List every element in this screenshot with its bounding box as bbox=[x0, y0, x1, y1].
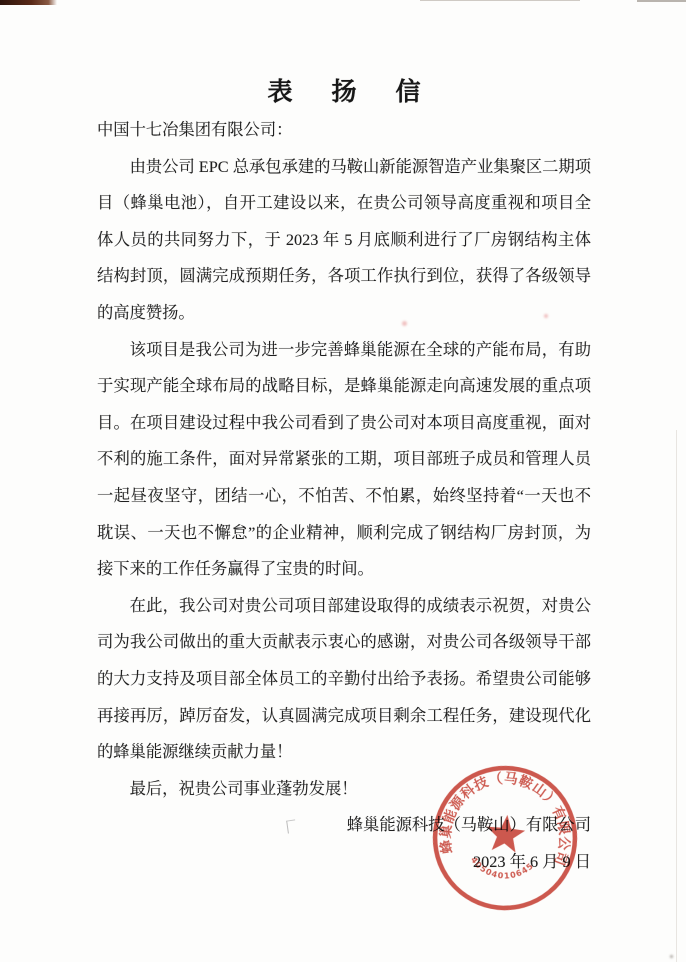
scan-edge-shadow bbox=[676, 430, 677, 962]
scan-edge-line bbox=[420, 0, 580, 1]
letter-title: 表 扬 信 bbox=[97, 74, 591, 112]
scan-edge-line bbox=[637, 0, 686, 2]
signature-date: 2023 年 6 月 9 日 bbox=[97, 844, 591, 881]
scan-speck bbox=[670, 955, 673, 958]
paragraph-3: 在此，我公司对贵公司项目部建设取得的成绩表示祝贺，对贵公司为我公司做出的重大贡献… bbox=[97, 588, 591, 771]
paragraph-2: 该项目是我公司为进一步完善蜂巢能源在全球的产能布局，有助于实现产能全球布局的战略… bbox=[97, 332, 591, 588]
paragraph-1: 由贵公司 EPC 总承包承建的马鞍山新能源智造产业集聚区二期项目（蜂巢电池），自… bbox=[97, 149, 591, 332]
letter-body: 表 扬 信 中国十七冶集团有限公司： 由贵公司 EPC 总承包承建的马鞍山新能源… bbox=[97, 74, 591, 880]
signature-company: 蜂巢能源科技（马鞍山）有限公司 bbox=[97, 807, 591, 844]
scan-corner-artifact bbox=[0, 0, 57, 5]
salutation: 中国十七冶集团有限公司： bbox=[97, 112, 591, 149]
closing-line: 最后，祝贵公司事业蓬勃发展！ bbox=[97, 771, 591, 808]
scanned-letter-page: 表 扬 信 中国十七冶集团有限公司： 由贵公司 EPC 总承包承建的马鞍山新能源… bbox=[0, 0, 686, 962]
